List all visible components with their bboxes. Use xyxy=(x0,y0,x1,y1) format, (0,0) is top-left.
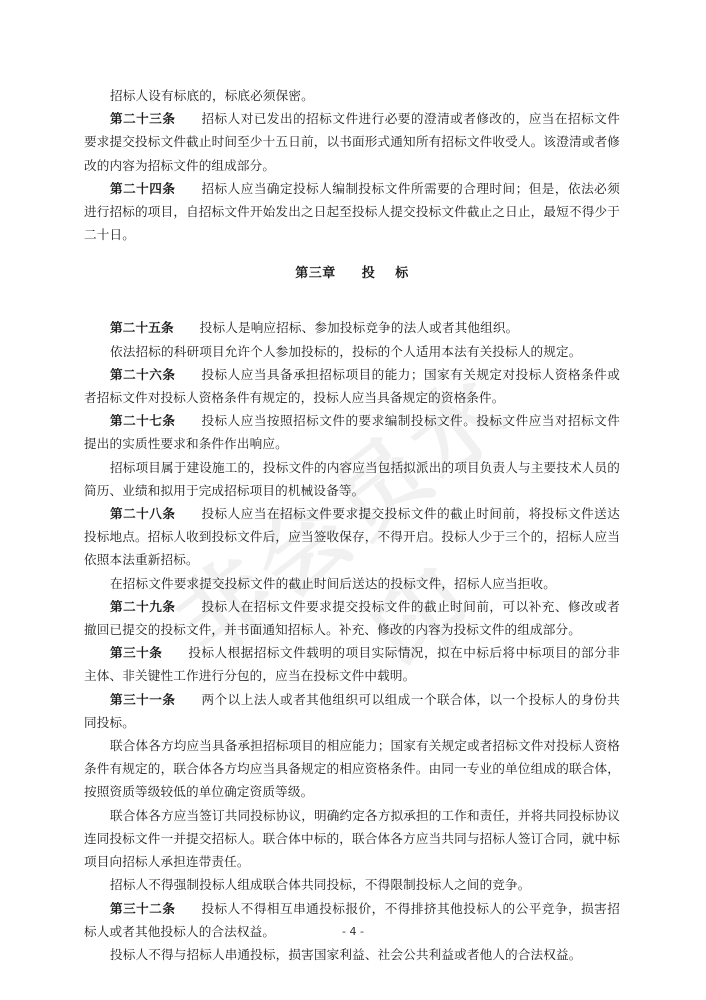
article-number: 第二十七条 xyxy=(110,413,175,428)
article-number: 第二十四条 xyxy=(110,181,175,196)
paragraph-text: 招标项目属于建设施工的，投标文件的内容应当包括拟派出的项目负责人与主要技术人员的… xyxy=(84,460,620,498)
article-number: 第二十三条 xyxy=(110,111,175,126)
paragraph: 投标人不得与招标人串通投标，损害国家利益、社会公共利益或者他人的合法权益。 xyxy=(84,943,620,966)
document-page: 非会员水印 招标人设有标底的，标底必须保密。第二十三条招标人对已发出的招标文件进… xyxy=(0,0,706,1000)
section-after-chapter: 第二十五条投标人是响应招标、参加投标竞争的法人或者其他组织。依法招标的科研项目允… xyxy=(84,316,620,966)
paragraph: 第二十六条投标人应当具备承担招标项目的能力；国家有关规定对投标人资格条件或者招标… xyxy=(84,363,620,409)
paragraph-text: 招标人不得强制投标人组成联合体共同投标，不得限制投标人之间的竞争。 xyxy=(110,877,531,892)
paragraph: 第二十七条投标人应当按照招标文件的要求编制投标文件。投标文件应当对招标文件提出的… xyxy=(84,409,620,455)
paragraph: 在招标文件要求提交投标文件的截止时间后送达的投标文件，招标人应当拒收。 xyxy=(84,572,620,595)
paragraph: 第二十五条投标人是响应招标、参加投标竞争的法人或者其他组织。 xyxy=(84,316,620,339)
paragraph-text: 联合体各方均应当具备承担招标项目的相应能力；国家有关规定或者招标文件对投标人资格… xyxy=(84,738,620,799)
article-number: 第三十一条 xyxy=(110,692,175,707)
paragraph-text: 投标人根据招标文件载明的项目实际情况，拟在中标后将中标项目的部分非主体、非关键性… xyxy=(84,645,620,683)
paragraph-text: 联合体各方应当签订共同投标协议，明确约定各方拟承担的工作和责任，并将共同投标协议… xyxy=(84,808,620,869)
paragraph: 招标人不得强制投标人组成联合体共同投标，不得限制投标人之间的竞争。 xyxy=(84,873,620,896)
paragraph: 第二十三条招标人对已发出的招标文件进行必要的澄清或者修改的，应当在招标文件要求提… xyxy=(84,107,620,177)
article-number: 第三十二条 xyxy=(110,901,175,916)
paragraph: 招标人设有标底的，标底必须保密。 xyxy=(84,84,620,107)
paragraph: 第三十条投标人根据招标文件载明的项目实际情况，拟在中标后将中标项目的部分非主体、… xyxy=(84,641,620,687)
section-before-chapter: 招标人设有标底的，标底必须保密。第二十三条招标人对已发出的招标文件进行必要的澄清… xyxy=(84,84,620,246)
paragraph: 第二十八条投标人应当在招标文件要求提交投标文件的截止时间前，将投标文件送达投标地… xyxy=(84,502,620,572)
paragraph-text: 招标人设有标底的，标底必须保密。 xyxy=(110,88,314,103)
paragraph: 联合体各方均应当具备承担招标项目的相应能力；国家有关规定或者招标文件对投标人资格… xyxy=(84,734,620,804)
paragraph: 招标项目属于建设施工的，投标文件的内容应当包括拟派出的项目负责人与主要技术人员的… xyxy=(84,456,620,502)
chapter-title-char-2: 标 xyxy=(395,262,409,285)
article-number: 第二十九条 xyxy=(110,599,175,614)
paragraph-text: 在招标文件要求提交投标文件的截止时间后送达的投标文件，招标人应当拒收。 xyxy=(110,576,556,591)
article-number: 第二十八条 xyxy=(110,506,175,521)
paragraph-text: 投标人是响应招标、参加投标竞争的法人或者其他组织。 xyxy=(200,320,519,335)
chapter-title-char-1: 投 xyxy=(362,262,376,285)
article-number: 第三十条 xyxy=(110,645,162,660)
article-number: 第二十六条 xyxy=(110,367,175,382)
paragraph: 联合体各方应当签订共同投标协议，明确约定各方拟承担的工作和责任，并将共同投标协议… xyxy=(84,804,620,874)
chapter-number: 第三章 xyxy=(295,262,336,285)
paragraph-text: 依法招标的科研项目允许个人参加投标的，投标的个人适用本法有关投标人的规定。 xyxy=(110,344,582,359)
paragraph: 第二十四条招标人应当确定投标人编制投标文件所需要的合理时间；但是，依法必须进行招… xyxy=(84,177,620,247)
page-number: - 4 - xyxy=(0,925,706,938)
paragraph: 第二十九条投标人在招标文件要求提交投标文件的截止时间前，可以补充、修改或者撤回已… xyxy=(84,595,620,641)
paragraph-text: 投标人不得与招标人串通投标，损害国家利益、社会公共利益或者他人的合法权益。 xyxy=(110,947,582,962)
page-content: 招标人设有标底的，标底必须保密。第二十三条招标人对已发出的招标文件进行必要的澄清… xyxy=(84,84,620,966)
article-number: 第二十五条 xyxy=(110,320,174,335)
paragraph: 第三十一条两个以上法人或者其他组织可以组成一个联合体，以一个投标人的身份共同投标… xyxy=(84,688,620,734)
chapter-heading: 第三章投标 xyxy=(84,262,620,285)
paragraph: 依法招标的科研项目允许个人参加投标的，投标的个人适用本法有关投标人的规定。 xyxy=(84,340,620,363)
